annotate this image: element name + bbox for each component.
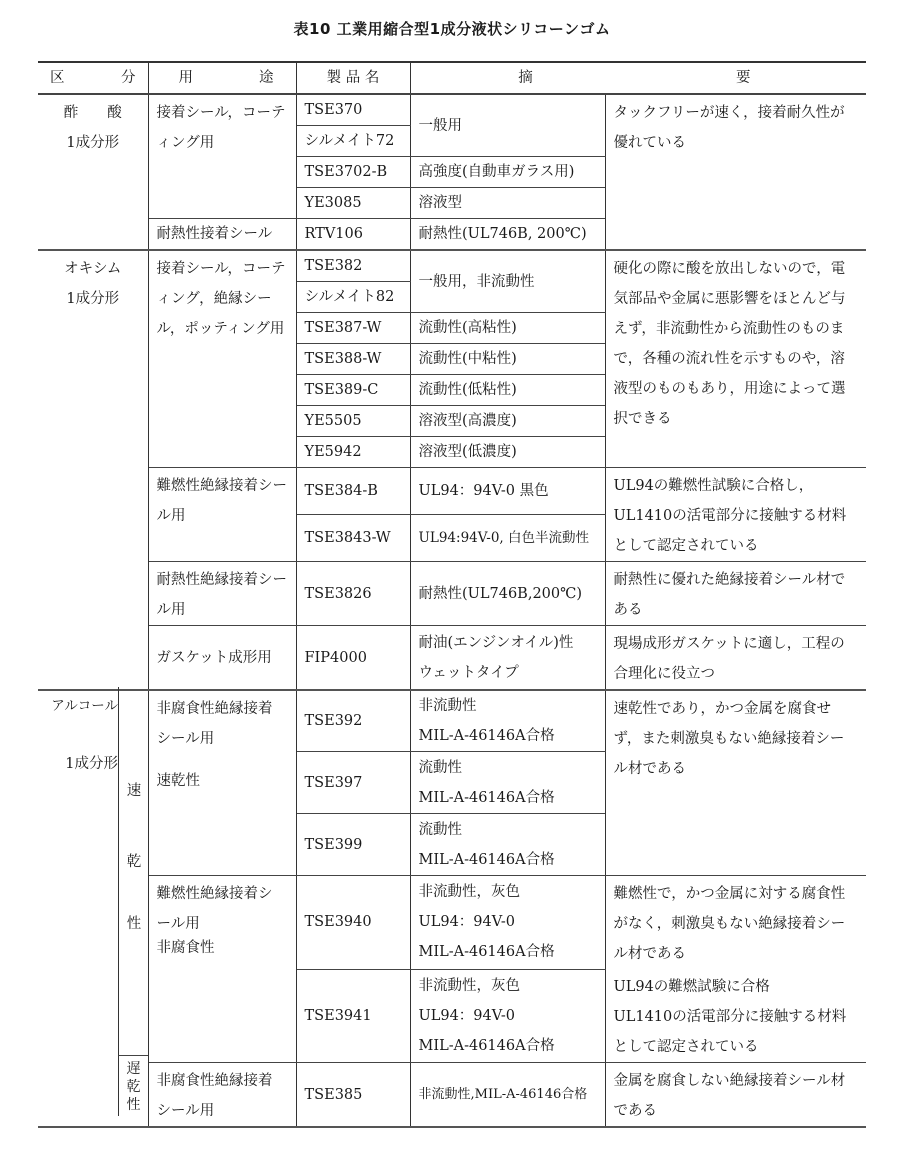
spec-cell: 非流動性，灰色 UL94：94V-0 MIL-A-46146A合格 [410,876,605,970]
category-cell: オキシム 1成分形 [38,250,148,690]
product-cell: RTV106 [296,219,410,251]
spec-cell: 流動性(高粘性) [410,313,605,344]
summary-cell: 金属を腐食しない絶縁接着シール材である [605,1063,866,1128]
header-category: 区分 [38,62,148,94]
summary-cell: UL94の難燃性試験に合格し，UL1410の活電部分に接触する材料として認定され… [605,468,866,562]
category-line: 1成分形 [46,128,140,158]
product-cell: TSE3843-W [296,515,410,562]
category-line: 1成分形 [38,749,118,779]
header-row: 区分 用途 製 品 名 摘要 [38,62,866,94]
product-cell: TSE399 [296,814,410,876]
product-cell: YE5942 [296,437,410,468]
spec-cell: 非流動性,MIL-A-46146合格 [410,1063,605,1128]
header-category-2: 分 [121,63,136,93]
spec-cell: 流動性(中粘性) [410,344,605,375]
summary-cell: 現場成形ガスケットに適し，工程の合理化に役立つ [605,626,866,691]
product-cell: シルメイト82 [296,282,410,313]
table-row: 酢 酸 1成分形 接着シール，コーティング用 TSE370 一般用 タックフリー… [38,94,866,126]
spec-line: 流動性 [419,753,597,783]
spec-cell: 溶液型(高濃度) [410,406,605,437]
category-line: オキシム [46,254,140,284]
product-cell: TSE384-B [296,468,410,515]
header-summary-2: 要 [641,63,867,93]
header-summary-1: 摘 [411,63,641,93]
spec-line: 非流動性 [419,691,597,721]
table-row: 難燃性絶縁接着シール用 TSE384-B UL94：94V-0 黒色 UL94の… [38,468,866,515]
use-cell: 耐熱性接着シール [148,219,296,251]
spec-line: UL94：94V-0 [419,907,597,937]
header-summary: 摘要 [410,62,866,94]
product-cell: TSE3826 [296,562,410,626]
summary-cell: タックフリーが速く，接着耐久性が優れている [605,94,866,250]
subcategory-char: 性 [119,912,149,933]
spec-cell: 流動性 MIL-A-46146A合格 [410,814,605,876]
use-cell: 難燃性絶縁接着シ ール用 非腐食性 [148,876,296,1063]
product-cell: TSE370 [296,94,410,126]
category-line: 1成分形 [46,284,140,314]
spec-cell: 耐熱性(UL746B,200℃) [410,562,605,626]
subcategory-char: 性 [119,1096,148,1114]
use-line: 非腐食性絶縁接着 [157,1066,288,1096]
use-line: 難燃性絶縁接着シ [157,879,288,909]
header-use-1: 用 [179,63,194,93]
header-use-2: 途 [259,63,274,93]
use-cell: 非腐食性絶縁接着 シール用 速乾性 [148,690,296,876]
spec-line: MIL-A-46146A合格 [419,721,597,751]
spec-line: 非流動性，灰色 [419,971,597,1001]
category-cell: 酢 酸 1成分形 [38,94,148,250]
product-cell: YE3085 [296,188,410,219]
table-row: 耐熱性絶縁接着シール用 TSE3826 耐熱性(UL746B,200℃) 耐熱性… [38,562,866,626]
spec-cell: 流動性 MIL-A-46146A合格 [410,752,605,814]
spec-cell: 流動性(低粘性) [410,375,605,406]
summary-cell: 速乾性であり，かつ金属を腐食せず，また刺激臭もない絶縁接着シール材である [605,690,866,876]
use-line: 非腐食性絶縁接着 [157,694,288,724]
summary-cell: 難燃性で，かつ金属に対する腐食性がなく，刺激臭もない絶縁接着シール材である [605,876,866,970]
spec-line: 流動性 [419,815,597,845]
subcategory-char: 乾 [119,1078,148,1096]
table-row: 非腐食性絶縁接着 シール用 TSE385 非流動性,MIL-A-46146合格 … [38,1063,866,1128]
product-cell: シルメイト72 [296,126,410,157]
summary-cell: 硬化の際に酸を放出しないので，電気部品や金属に悪影響をほとんど与えず，非流動性か… [605,250,866,468]
subcategory-char: 速 [119,779,149,800]
table-title: 表10 工業用縮合型1成分液状シリコーンゴム [0,18,904,39]
summary-cell: 耐熱性に優れた絶縁接着シール材である [605,562,866,626]
use-line: 非腐食性 [157,933,288,963]
product-cell: TSE397 [296,752,410,814]
header-category-1: 区 [50,63,65,93]
product-cell: TSE385 [296,1063,410,1128]
spec-line: 非流動性，灰色 [419,877,597,907]
product-cell: TSE3702-B [296,157,410,188]
product-cell: TSE3940 [296,876,410,970]
use-cell: 難燃性絶縁接着シール用 [148,468,296,562]
product-cell: TSE382 [296,250,410,282]
spec-line: UL94：94V-0 [419,1001,597,1031]
spec-cell: 高強度(自動車ガラス用) [410,157,605,188]
table-row: オキシム 1成分形 接着シール，コーティング，絶縁シール，ポッティング用 TSE… [38,250,866,282]
spec-cell: 一般用 [410,94,605,157]
use-line: シール用 [157,724,288,754]
spec-cell: 耐熱性(UL746B, 200℃) [410,219,605,251]
spec-cell: 溶液型 [410,188,605,219]
category-line: 酢 酸 [46,98,140,128]
product-table: 区分 用途 製 品 名 摘要 酢 酸 1成分形 接着シール，コーティング用 TS… [38,61,866,1128]
header-use: 用途 [148,62,296,94]
product-cell: YE5505 [296,406,410,437]
category-line: アルコール [38,691,118,721]
spec-line: ウェットタイプ [419,658,597,688]
spec-cell: UL94:94V-0, 白色半流動性 [410,515,605,562]
spec-line: MIL-A-46146A合格 [419,937,597,967]
use-line: 速乾性 [157,766,288,796]
spec-line: MIL-A-46146A合格 [419,783,597,813]
use-cell: ガスケット成形用 [148,626,296,691]
product-cell: FIP4000 [296,626,410,691]
spec-line: MIL-A-46146A合格 [419,1031,597,1061]
use-cell: 接着シール，コーティング，絶縁シール，ポッティング用 [148,250,296,468]
subcategory-slow-drying: 遅 乾 性 [118,1055,148,1116]
summary-cell: UL94の難燃試験に合格 UL1410の活電部分に接触する材料として認定されてい… [605,969,866,1063]
subcategory-char: 遅 [119,1060,148,1078]
header-product: 製 品 名 [296,62,410,94]
table-row: アルコール 1成分形 非腐食性絶縁接着 シール用 速乾性 TSE392 非流動性… [38,690,866,752]
subcategory-fast-drying: 速 乾 性 [118,687,149,1055]
spec-line: MIL-A-46146A合格 [419,845,597,875]
use-cell: 非腐食性絶縁接着 シール用 [148,1063,296,1128]
use-line: シール用 [157,1096,288,1126]
product-cell: TSE3941 [296,969,410,1063]
spec-line: 耐油(エンジンオイル)性 [419,628,597,658]
product-cell: TSE388-W [296,344,410,375]
spec-cell: 溶液型(低濃度) [410,437,605,468]
spec-cell: UL94：94V-0 黒色 [410,468,605,515]
product-cell: TSE389-C [296,375,410,406]
table-row: 難燃性絶縁接着シ ール用 非腐食性 TSE3940 非流動性，灰色 UL94：9… [38,876,866,970]
spec-cell: 非流動性，灰色 UL94：94V-0 MIL-A-46146A合格 [410,969,605,1063]
product-cell: TSE387-W [296,313,410,344]
spec-cell: 非流動性 MIL-A-46146A合格 [410,690,605,752]
subcategory-char: 乾 [119,850,149,871]
table-row: ガスケット成形用 FIP4000 耐油(エンジンオイル)性 ウェットタイプ 現場… [38,626,866,691]
spec-cell: 一般用，非流動性 [410,250,605,313]
use-cell: 耐熱性絶縁接着シール用 [148,562,296,626]
product-cell: TSE392 [296,690,410,752]
spec-cell: 耐油(エンジンオイル)性 ウェットタイプ [410,626,605,691]
use-cell: 接着シール，コーティング用 [148,94,296,219]
